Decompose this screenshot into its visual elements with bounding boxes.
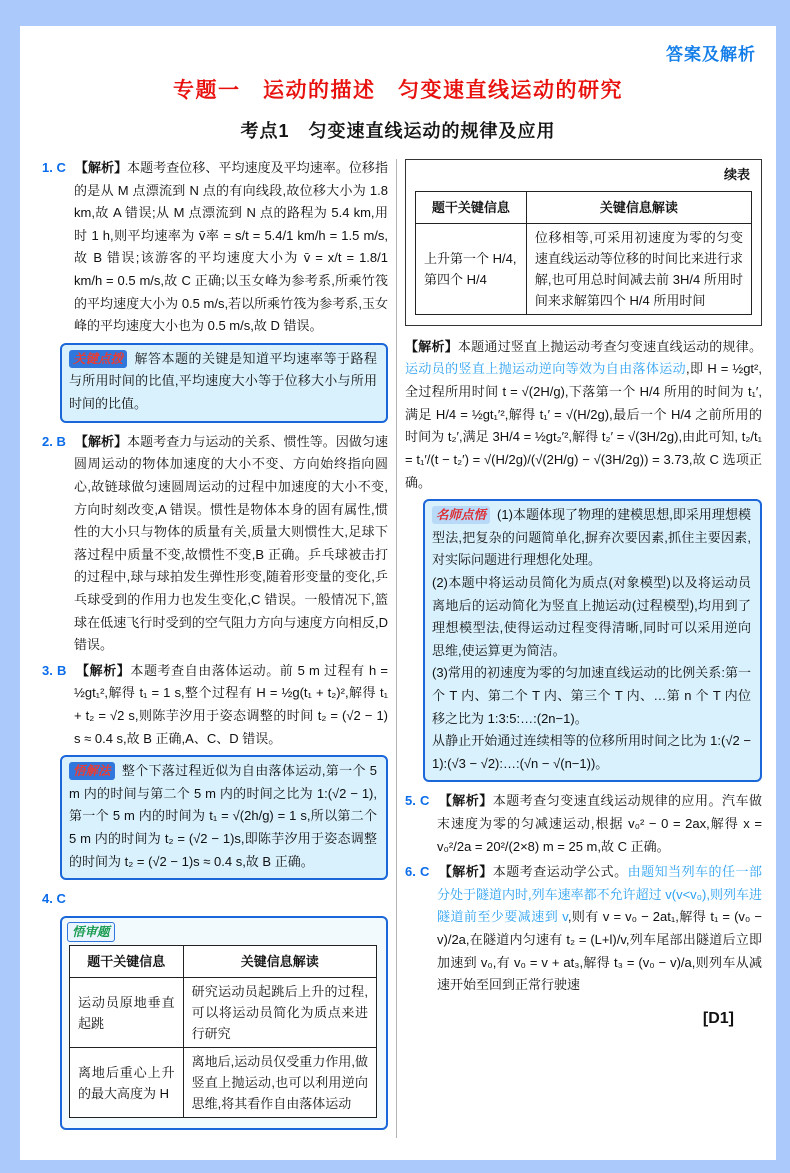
review-label: 悟审题 [67,922,115,942]
table-cell: 位移相等,可采用初速度为零的匀变速直线运动等位移的时间比来进行求解,也可用总时间… [526,223,751,314]
answer-item-1: 1. C【解析】本题考查位移、平均速度及平均速率。位移指的是从 M 点漂流到 N… [42,157,388,338]
keypoint-label: 关键点拨 [69,350,127,368]
answer-item-4: 4. C [42,888,388,911]
table-row: 离地后重心上升的最大高度为 H 离地后,运动员仅受重力作用,做竖直上抛运动,也可… [70,1048,377,1118]
analysis-text-2: 【解析】本题考查力与运动的关系、惯性等。因做匀速圆周运动的物体加速度的大小不变、… [74,434,388,652]
two-column-layout: 1. C【解析】本题考查位移、平均速度及平均速率。位移指的是从 M 点漂流到 N… [20,157,776,1138]
analysis-text-6: 【解析】本题考查运动学公式。由题知当列车的任一部分处于隧道内时,列车速率都不允许… [437,864,762,992]
left-column: 1. C【解析】本题考查位移、平均速度及平均速率。位移指的是从 M 点漂流到 N… [42,157,388,1138]
method-text: 整个下落过程近似为自由落体运动,第一个 5 m 内的时间与第二个 5 m 内的时… [69,763,377,868]
analysis-text-4: 【解析】本题通过竖直上抛运动考查匀变速直线运动的规律。运动员的竖直上抛运动逆向等… [405,339,762,490]
right-column: 续表 题干关键信息 关键信息解读 上升第一个 H/4, 第四个 H/4 位移相等… [405,157,762,1138]
keypoint-box: 关键点拨解答本题的关键是知道平均速率等于路程与所用时间的比值,平均速度大小等于位… [60,343,388,423]
table-header-cell: 关键信息解读 [183,946,376,978]
review-box: 悟审题 题干关键信息 关键信息解读 运动员原地垂直起跳 研究运动员起跳后上升的过… [60,916,388,1130]
page-title: 专题一 运动的描述 匀变速直线运动的研究 [20,74,776,104]
answer-item-2: 2. B【解析】本题考查力与运动的关系、惯性等。因做匀速圆周运动的物体加速度的大… [42,431,388,657]
answer-number-6: 6. C [405,864,429,879]
method-label: 悟解法 [69,762,115,780]
teacher-box: 名师点悟(1)本题体现了物理的建模思想,即采用理想模型法,把复杂的问题简单化,摒… [423,499,762,782]
section-title: 考点1 匀变速直线运动的规律及应用 [20,117,776,143]
answer-number-2: 2. B [42,434,66,449]
table-cell: 离地后,运动员仅受重力作用,做竖直上抛运动,也可以利用逆向思维,将其看作自由落体… [183,1048,376,1118]
teacher-paragraph: (3)常用的初速度为零的匀加速直线运动的比例关系:第一个 T 内、第二个 T 内… [432,662,751,730]
answer-item-6: 6. C【解析】本题考查运动学公式。由题知当列车的任一部分处于隧道内时,列车速率… [405,861,762,997]
table-row: 运动员原地垂直起跳 研究运动员起跳后上升的过程,可以将运动员简化为质点来进行研究 [70,978,377,1048]
table-header-cell: 题干关键信息 [70,946,184,978]
answer-number-5: 5. C [405,793,429,808]
answer-number-4: 4. C [42,891,66,906]
answer-number-1: 1. C [42,160,66,175]
table-header-cell: 题干关键信息 [416,191,527,223]
analysis-text-1: 【解析】本题考查位移、平均速度及平均速率。位移指的是从 M 点漂流到 N 点的有… [74,160,388,333]
teacher-paragraph: 从静止开始通过连续相等的位移所用时间之比为 1:(√2 − 1):(√3 − √… [432,730,751,775]
method-box: 悟解法整个下落过程近似为自由落体运动,第一个 5 m 内的时间与第二个 5 m … [60,755,388,880]
table-header-cell: 关键信息解读 [526,191,751,223]
analysis-text-5: 【解析】本题考查匀变速直线运动规律的应用。汽车做末速度为零的匀减速运动,根据 v… [437,793,762,853]
answer-number-3: 3. B [42,663,66,678]
table-cell: 运动员原地垂直起跳 [70,978,184,1048]
continued-table-caption: 续表 [415,164,750,187]
table-cell: 离地后重心上升的最大高度为 H [70,1048,184,1118]
teacher-paragraph: 名师点悟(1)本题体现了物理的建模思想,即采用理想模型法,把复杂的问题简单化,摒… [432,504,751,572]
teacher-label: 名师点悟 [432,506,490,524]
analysis-text-3: 【解析】本题考查自由落体运动。前 5 m 过程有 h = ½gt₁²,解得 t₁… [74,663,388,746]
page-header-label: 答案及解析 [666,40,756,65]
column-divider [396,159,397,1138]
review-table: 题干关键信息 关键信息解读 运动员原地垂直起跳 研究运动员起跳后上升的过程,可以… [69,945,377,1118]
table-cell: 研究运动员起跳后上升的过程,可以将运动员简化为质点来进行研究 [183,978,376,1048]
page-marker: [D1] [405,1005,762,1033]
table-row: 上升第一个 H/4, 第四个 H/4 位移相等,可采用初速度为零的匀变速直线运动… [416,223,752,314]
book-page: { "page": { "header": "答案及解析", "title": … [0,0,790,1173]
answer-item-5: 5. C【解析】本题考查匀变速直线运动规律的应用。汽车做末速度为零的匀减速运动,… [405,790,762,858]
page-sheet: 答案及解析 专题一 运动的描述 匀变速直线运动的研究 考点1 匀变速直线运动的规… [20,26,776,1160]
table-header-row: 题干关键信息 关键信息解读 [416,191,752,223]
table-header-row: 题干关键信息 关键信息解读 [70,946,377,978]
answer-item-4-analysis: 【解析】本题通过竖直上抛运动考查匀变速直线运动的规律。运动员的竖直上抛运动逆向等… [405,336,762,494]
table-cell: 上升第一个 H/4, 第四个 H/4 [416,223,527,314]
answer-item-3: 3. B【解析】本题考查自由落体运动。前 5 m 过程有 h = ½gt₁²,解… [42,660,388,750]
teacher-paragraph: (2)本题中将运动员简化为质点(对象模型)以及将运动员离地后的运动简化为竖直上抛… [432,572,751,662]
continued-table: 续表 题干关键信息 关键信息解读 上升第一个 H/4, 第四个 H/4 位移相等… [405,159,762,326]
